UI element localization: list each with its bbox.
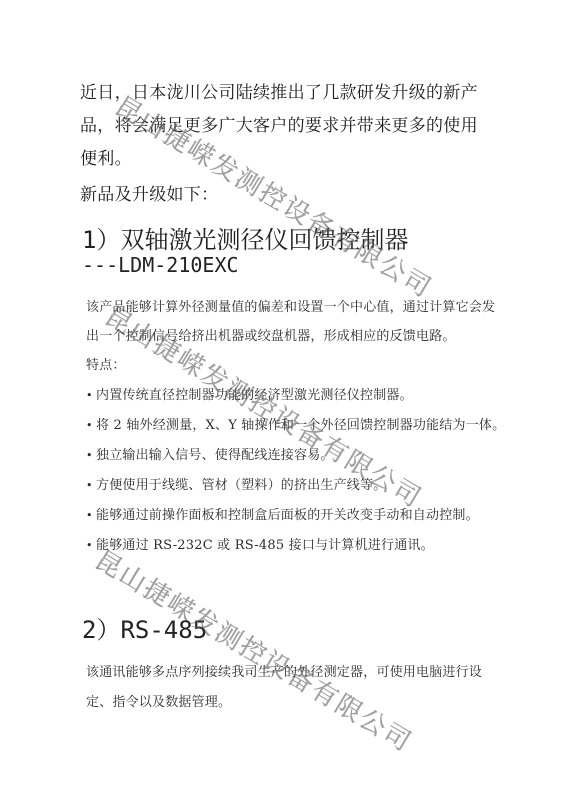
- features-label: 特点：: [86, 354, 126, 373]
- feature-text: 能够通过 RS-232C 或 RS-485 接口与计算机进行通讯。: [96, 538, 434, 553]
- feature-text: 方便使用于线缆、管材（塑料）的挤出生产线等。: [96, 478, 386, 493]
- feature-item: •能够通过前操作面板和控制盒后面板的开关改变手动和自动控制。: [86, 504, 479, 523]
- section1-desc-line-2: 出一个控制信号给挤出机器或绞盘机器，形成相应的反馈电路。: [86, 325, 456, 344]
- section2-title: 2）RS-485: [82, 610, 207, 645]
- feature-item: •将 2 轴外经测量，X、Y 轴操作和一个外径回馈控制器功能结为一体。: [86, 414, 505, 433]
- section1-desc-line-1: 该产品能够计算外径测量值的偏差和设置一个中心值，通过计算它会发: [86, 296, 495, 315]
- feature-item: •内置传统直径控制器功能的经济型激光测径仪控制器。: [86, 384, 413, 403]
- intro-line-2: 品，将会满足更多广大客户的要求并带来更多的使用: [80, 111, 478, 136]
- feature-text: 内置传统直径控制器功能的经济型激光测径仪控制器。: [96, 388, 413, 403]
- intro-line-1: 近日，日本泷川公司陆续推出了几款研发升级的新产: [80, 78, 478, 103]
- bullet-icon: •: [86, 539, 96, 552]
- feature-text: 能够通过前操作面板和控制盒后面板的开关改变手动和自动控制。: [96, 508, 479, 523]
- list-intro: 新品及升级如下：: [80, 180, 218, 205]
- bullet-icon: •: [86, 449, 96, 462]
- intro-line-3: 便利。: [80, 144, 132, 169]
- bullet-icon: •: [86, 389, 96, 402]
- bullet-icon: •: [86, 479, 96, 492]
- document-page: 近日，日本泷川公司陆续推出了几款研发升级的新产 品，将会满足更多广大客户的要求并…: [0, 0, 565, 800]
- watermark: 昆山捷嵘发测控设备有限公司: [89, 540, 420, 759]
- section2-desc-line-2: 定、指令以及数据管理。: [86, 691, 231, 710]
- bullet-icon: •: [86, 509, 96, 522]
- feature-item: •能够通过 RS-232C 或 RS-485 接口与计算机进行通讯。: [86, 534, 434, 553]
- feature-text: 独立输出输入信号、使得配线连接容易。: [96, 448, 334, 463]
- feature-item: •方便使用于线缆、管材（塑料）的挤出生产线等。: [86, 474, 386, 493]
- section1-title: 1）双轴激光测径仪回馈控制器: [82, 220, 408, 255]
- feature-text: 将 2 轴外经测量，X、Y 轴操作和一个外径回馈控制器功能结为一体。: [96, 418, 505, 433]
- section2-desc-line-1: 该通讯能够多点序列接续我司生产的外径测定器，可使用电脑进行设: [86, 661, 482, 680]
- bullet-icon: •: [86, 419, 96, 432]
- section1-model: ---LDM-210EXC: [82, 253, 239, 277]
- feature-item: •独立输出输入信号、使得配线连接容易。: [86, 444, 334, 463]
